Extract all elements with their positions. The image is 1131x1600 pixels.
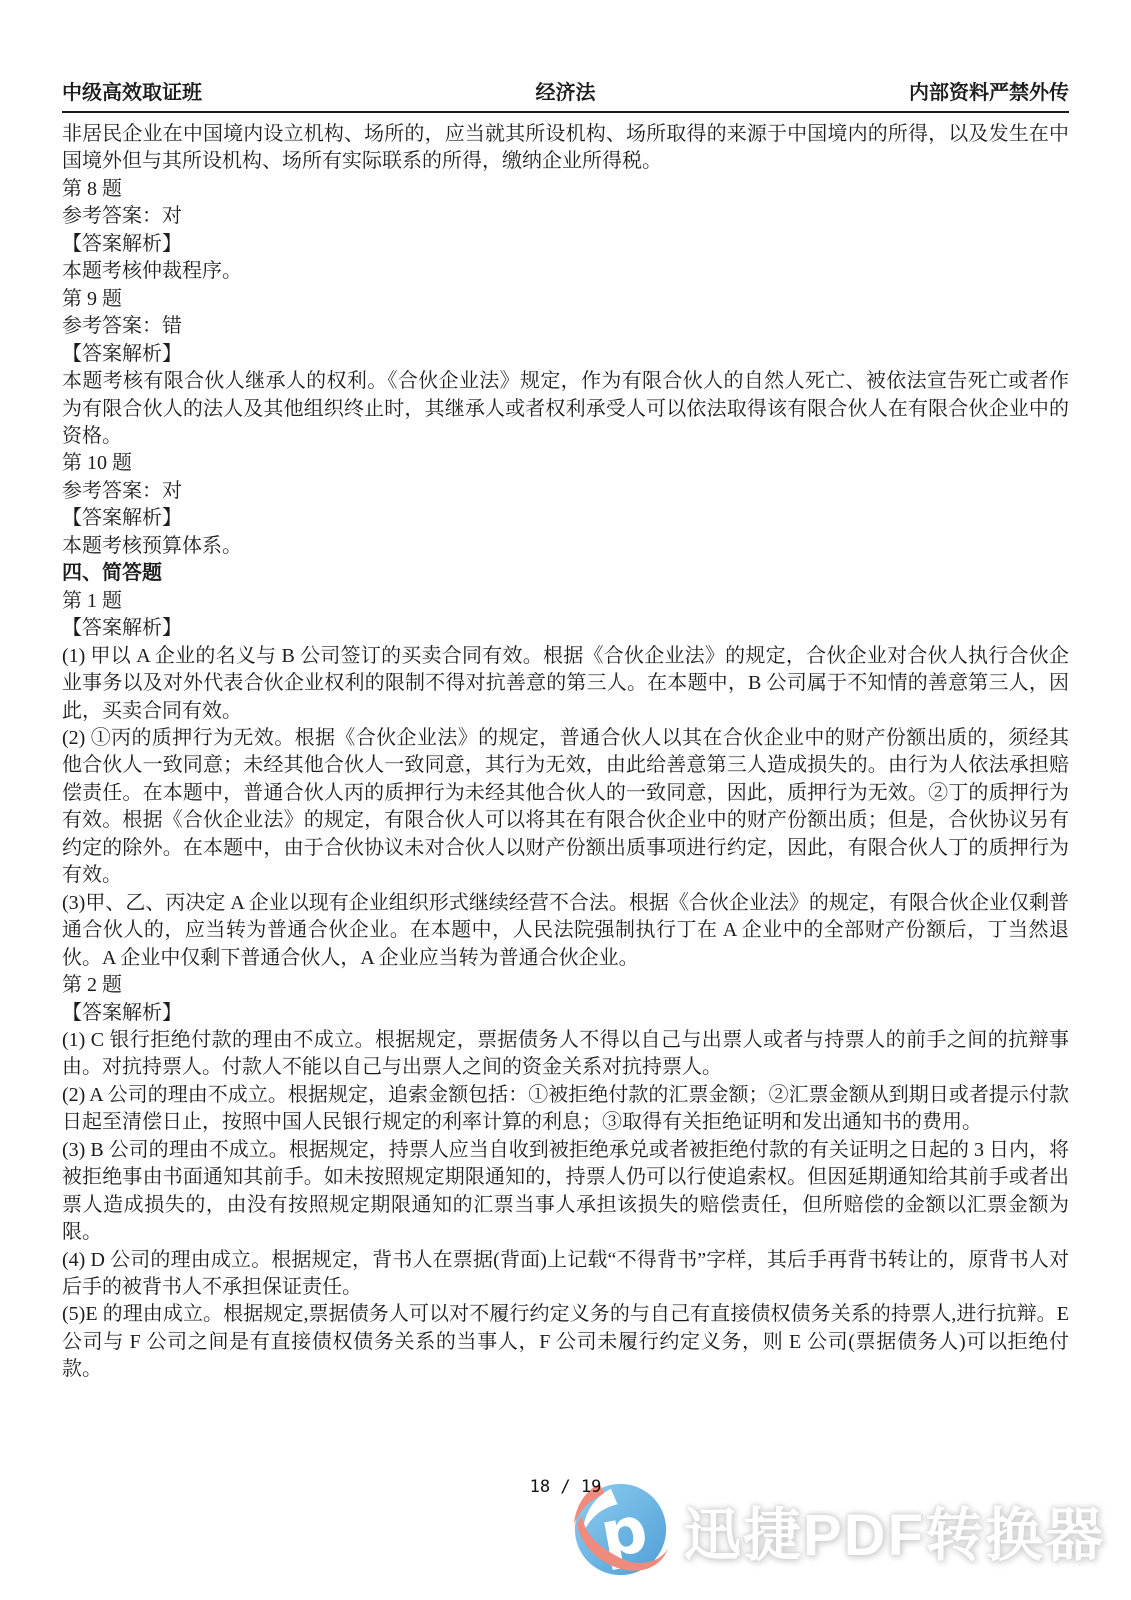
paragraph: (2) A 公司的理由不成立。根据规定，追索金额包括：①被拒绝付款的汇票金额；②… [62, 1082, 1069, 1137]
paragraph: (3) B 公司的理由不成立。根据规定，持票人应当自收到被拒绝承兑或者被拒绝付款… [62, 1137, 1069, 1247]
paragraph: (4) D 公司的理由成立。根据规定，背书人在票据(背面)上记载“不得背书”字样… [62, 1247, 1069, 1302]
paragraph: (2) ①丙的质押行为无效。根据《合伙企业法》的规定，普通合伙人以其在合伙企业中… [62, 725, 1069, 890]
watermark-text: 迅捷PDF转换器 [683, 1488, 1105, 1572]
page-header: 中级高效取证班 经济法 内部资料严禁外传 [62, 82, 1069, 113]
header-confidential-notice: 内部资料严禁外传 [596, 82, 1070, 104]
paragraph: 【答案解析】 [62, 505, 1069, 532]
paragraph: 【答案解析】 [62, 341, 1069, 368]
paragraph: 本题考核仲裁程序。 [62, 258, 1069, 285]
paragraph: 第 8 题 [62, 176, 1069, 203]
paragraph: 参考答案：错 [62, 313, 1069, 340]
paragraph: (3)甲、乙、丙决定 A 企业以现有企业组织形式继续经营不合法。根据《合伙企业法… [62, 890, 1069, 972]
paragraph: 第 10 题 [62, 450, 1069, 477]
paragraph: (1) C 银行拒绝付款的理由不成立。根据规定，票据债务人不得以自己与出票人或者… [62, 1027, 1069, 1082]
paragraph: 本题考核预算体系。 [62, 533, 1069, 560]
paragraph: 本题考核有限合伙人继承人的权利。《合伙企业法》规定，作为有限合伙人的自然人死亡、… [62, 368, 1069, 450]
paragraph: 参考答案：对 [62, 203, 1069, 230]
paragraph: (5)E 的理由成立。根据规定,票据债务人可以对不履行约定义务的与自己有直接债权… [62, 1301, 1069, 1383]
page-number: 18 / 19 [62, 1477, 1069, 1497]
paragraph: 【答案解析】 [62, 231, 1069, 258]
paragraph: 参考答案：对 [62, 478, 1069, 505]
paragraph: 非居民企业在中国境内设立机构、场所的，应当就其所设机构、场所取得的来源于中国境内… [62, 121, 1069, 176]
paragraph: (1) 甲以 A 企业的名义与 B 公司签订的买卖合同有效。根据《合伙企业法》的… [62, 643, 1069, 725]
paragraph: 第 1 题 [62, 588, 1069, 615]
document-body: 非居民企业在中国境内设立机构、场所的，应当就其所设机构、场所取得的来源于中国境内… [62, 121, 1069, 1384]
header-course-title: 中级高效取证班 [62, 82, 536, 104]
paragraph: 第 2 题 [62, 972, 1069, 999]
paragraph: 第 9 题 [62, 286, 1069, 313]
section-heading: 四、简答题 [62, 560, 1069, 587]
header-subject-title: 经济法 [536, 82, 596, 104]
paragraph: 【答案解析】 [62, 1000, 1069, 1027]
paragraph: 【答案解析】 [62, 615, 1069, 642]
document-page: 中级高效取证班 经济法 内部资料严禁外传 非居民企业在中国境内设立机构、场所的，… [0, 0, 1131, 1600]
